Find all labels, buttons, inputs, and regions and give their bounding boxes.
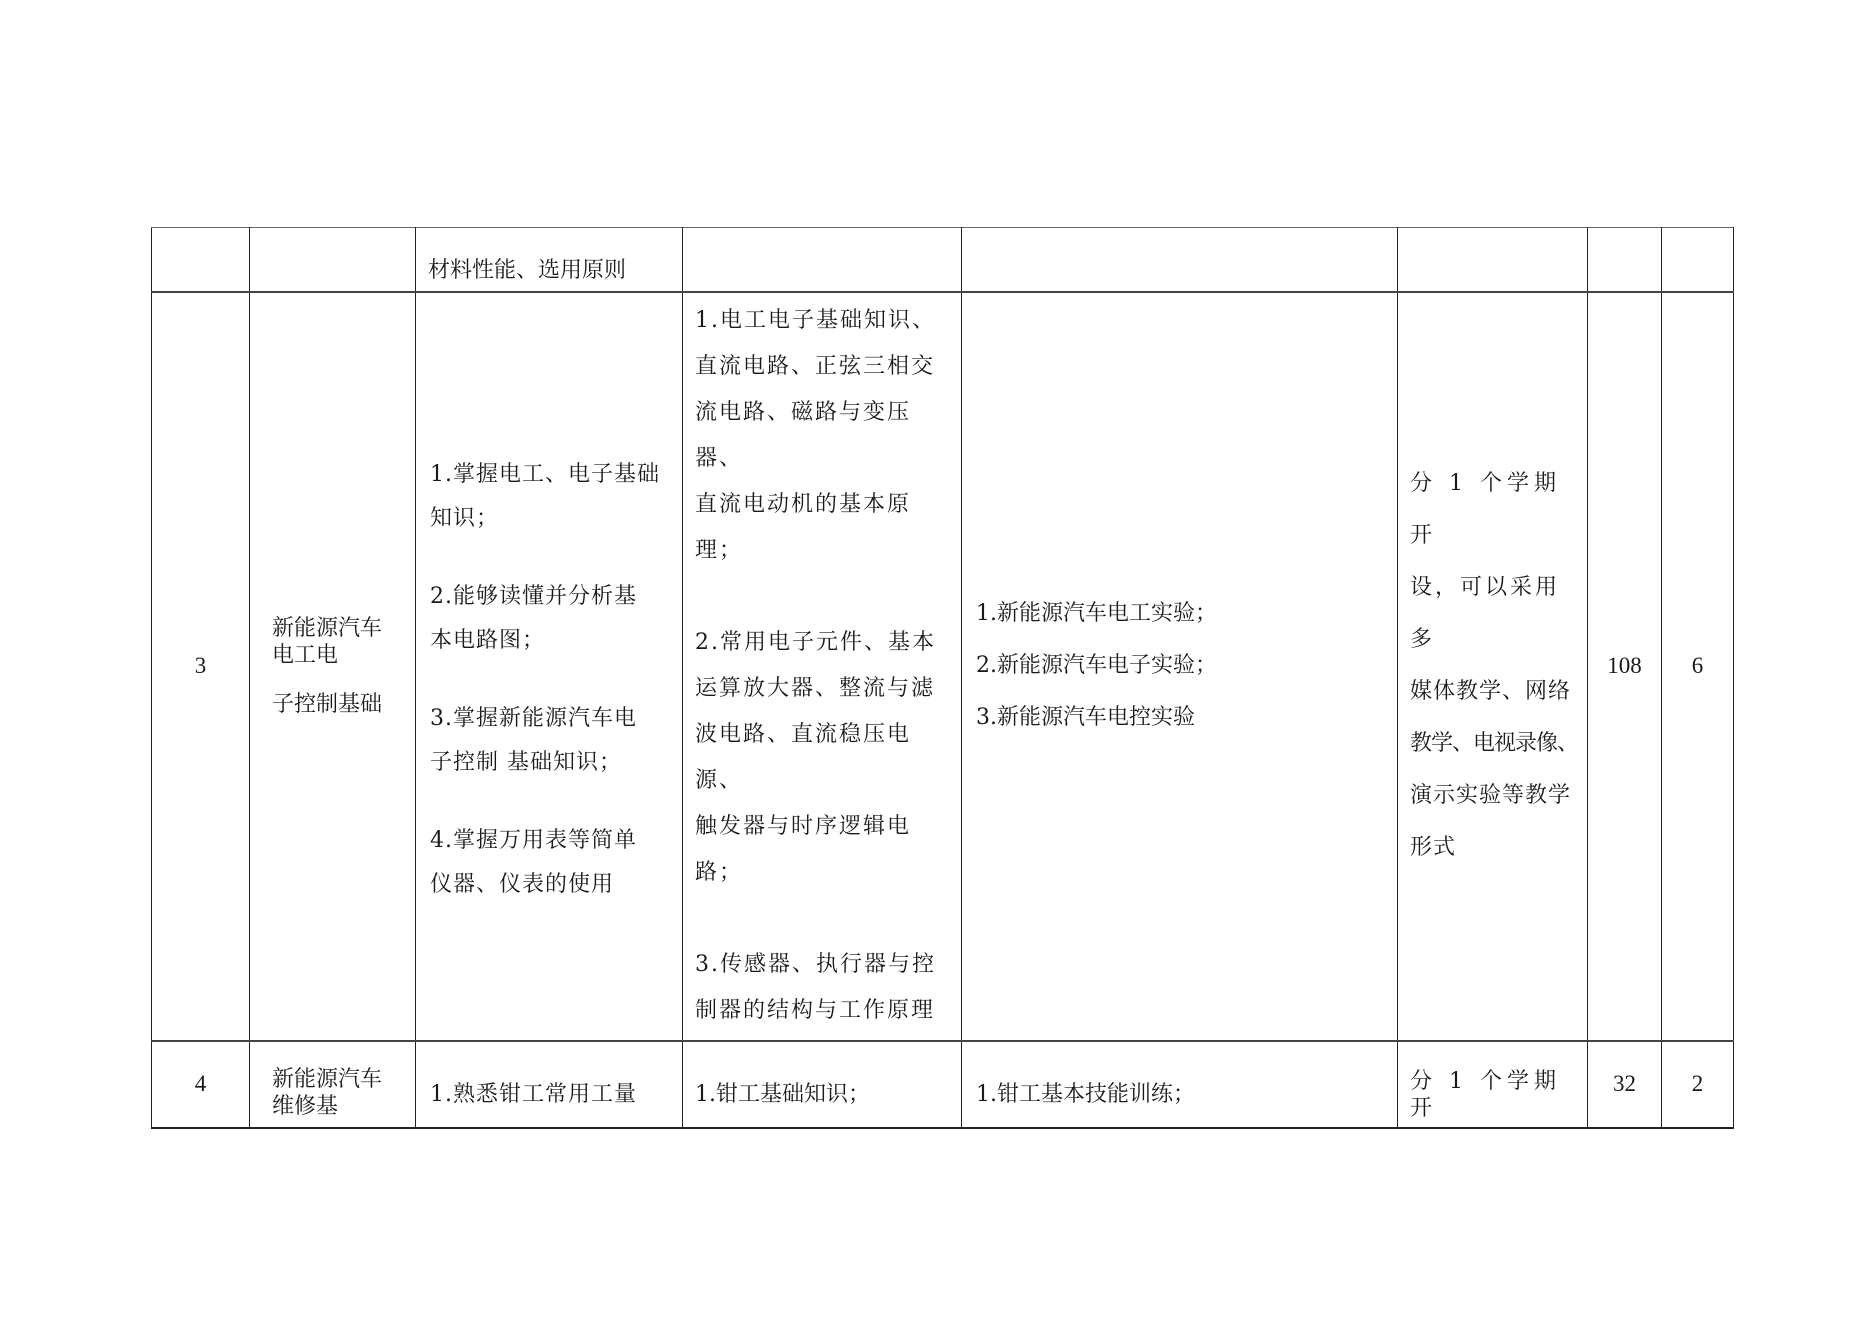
content-line: 1.钳工基础知识； (683, 1059, 961, 1109)
course-name-cell: 新能源汽车 维修基 (250, 1041, 416, 1128)
content-line: 2.常用电子元件、基本 (695, 620, 955, 666)
content-line: 路； (695, 850, 955, 896)
content-line: 3.传感器、执行器与控 (695, 942, 955, 988)
credits-cell (1662, 228, 1734, 292)
course-name-line: 新能源汽车 (272, 615, 407, 642)
course-name-line: 新能源汽车 (272, 1066, 407, 1093)
objective-line: 本电路图； (430, 619, 674, 663)
objectives-cell: 材料性能、选用原则 (416, 228, 683, 292)
course-name-cell (250, 228, 416, 292)
hours-value: 32 (1588, 1070, 1661, 1099)
notes-line: 形式 (1410, 822, 1581, 874)
content-line: 触发器与时序逻辑电 (695, 804, 955, 850)
course-name-line: 子控制基础 (272, 691, 407, 718)
document-page: 材料性能、选用原则 3 新能源汽车 电工电 子控制基础 (0, 0, 1871, 1323)
notes-cell: 分 1 个学期开 (1398, 1041, 1588, 1128)
objective-line: 3.掌握新能源汽车电 (430, 697, 674, 741)
row-index: 3 (152, 652, 249, 681)
hours-cell: 108 (1588, 292, 1662, 1041)
objective-line: 4.掌握万用表等简单 (430, 819, 674, 863)
content-line: 直流电动机的基本原 (695, 482, 955, 528)
objectives-cell: 1.掌握电工、电子基础 知识； 2.能够读懂并分析基 本电路图； 3.掌握新能源… (416, 292, 683, 1041)
credits-cell: 2 (1662, 1041, 1734, 1128)
table-row: 4 新能源汽车 维修基 1.熟悉钳工常用工量 1.钳工基础知识； 1.钳工基本技… (152, 1041, 1734, 1128)
credits-value: 2 (1662, 1070, 1733, 1099)
practice-line: 1.新能源汽车电工实验； (976, 588, 1385, 640)
index-cell: 4 (152, 1041, 250, 1128)
notes-line: 分 1 个学期开 (1410, 458, 1581, 562)
notes-line: 教学、电视录像、 (1410, 718, 1581, 770)
content-line: 理； (695, 528, 955, 574)
content-cell (683, 228, 962, 292)
course-name-cell: 新能源汽车 电工电 子控制基础 (250, 292, 416, 1041)
course-name-line: 维修基 (272, 1093, 407, 1120)
objective-line: 1.掌握电工、电子基础 (430, 453, 674, 497)
notes-line: 分 1 个学期开 (1398, 1046, 1587, 1123)
row-index: 4 (152, 1070, 249, 1099)
notes-line: 媒体教学、网络 (1410, 666, 1581, 718)
content-line: 直流电路、正弦三相交 (695, 344, 955, 390)
hours-cell (1588, 228, 1662, 292)
content-cell: 1.电工电子基础知识、 直流电路、正弦三相交 流电路、磁路与变压器、 直流电动机… (683, 292, 962, 1041)
objective-line: 仪器、仪表的使用 (430, 863, 674, 907)
content-line: 1.电工电子基础知识、 (695, 298, 955, 344)
objective-line: 1.熟悉钳工常用工量 (416, 1059, 682, 1109)
index-cell (152, 228, 250, 292)
objective-line: 子控制 基础知识； (430, 741, 674, 785)
notes-line: 演示实验等教学 (1410, 770, 1581, 822)
notes-line: 设，可以采用多 (1410, 562, 1581, 666)
practice-line: 2.新能源汽车电子实验； (976, 640, 1385, 692)
hours-cell: 32 (1588, 1041, 1662, 1128)
objectives-text: 材料性能、选用原则 (416, 235, 682, 285)
notes-cell: 分 1 个学期开 设，可以采用多 媒体教学、网络 教学、电视录像、 演示实验等教… (1398, 292, 1588, 1041)
practice-cell (962, 228, 1398, 292)
credits-value: 6 (1662, 652, 1733, 681)
course-name-line: 电工电 (272, 642, 407, 669)
objective-line: 2.能够读懂并分析基 (430, 575, 674, 619)
practice-cell: 1.新能源汽车电工实验； 2.新能源汽车电子实验； 3.新能源汽车电控实验 (962, 292, 1398, 1041)
content-line: 波电路、直流稳压电源、 (695, 712, 955, 804)
practice-line: 3.新能源汽车电控实验 (976, 692, 1385, 744)
hours-value: 108 (1588, 652, 1661, 681)
objective-line: 知识； (430, 497, 674, 541)
index-cell: 3 (152, 292, 250, 1041)
table-row: 材料性能、选用原则 (152, 228, 1734, 292)
table-row: 3 新能源汽车 电工电 子控制基础 1.掌握电工、电子基础 知识； 2.能够读懂… (152, 292, 1734, 1041)
content-line: 制器的结构与工作原理 (695, 988, 955, 1034)
content-line: 流电路、磁路与变压器、 (695, 390, 955, 482)
practice-cell: 1.钳工基本技能训练； (962, 1041, 1398, 1128)
content-line: 运算放大器、整流与滤 (695, 666, 955, 712)
objectives-cell: 1.熟悉钳工常用工量 (416, 1041, 683, 1128)
notes-cell (1398, 228, 1588, 292)
credits-cell: 6 (1662, 292, 1734, 1041)
practice-line: 1.钳工基本技能训练； (962, 1059, 1397, 1109)
course-table: 材料性能、选用原则 3 新能源汽车 电工电 子控制基础 (151, 227, 1734, 1129)
content-cell: 1.钳工基础知识； (683, 1041, 962, 1128)
